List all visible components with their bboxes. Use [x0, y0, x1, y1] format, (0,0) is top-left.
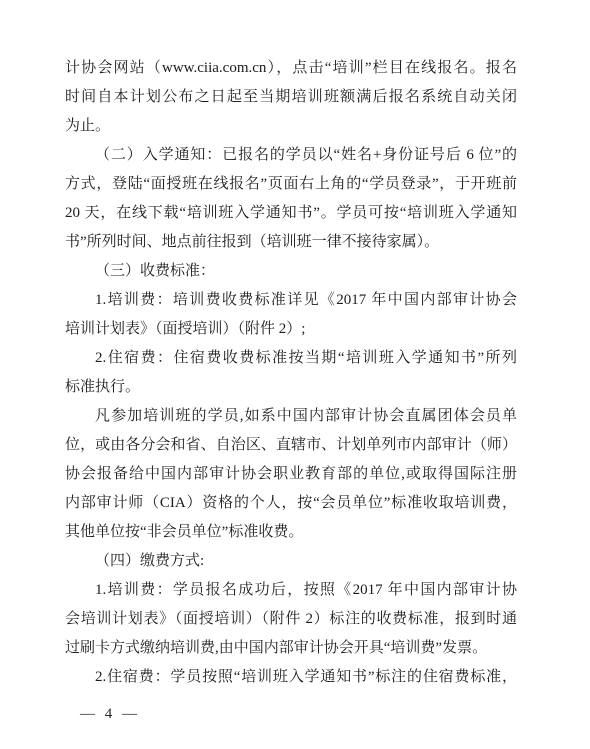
text-line: （三）收费标准： [65, 257, 517, 286]
text-line: 计协会网站（www.ciia.com.cn），点击“培训”栏目在线报名。报名 [65, 54, 517, 83]
text-line: 位，或由各分会和省、自治区、直辖市、计划单列市内部审计（师） [65, 431, 517, 460]
text-line: 其他单位按“非会员单位”标准收费。 [65, 518, 517, 547]
text-line: 凡参加培训班的学员,如系中国内部审计协会直属团体会员单 [65, 402, 517, 431]
text-line: 时间自本计划公布之日起至当期培训班额满后报名系统自动关闭 [65, 83, 517, 112]
text-line: 20 天，在线下载“培训班入学通知书”。学员可按“培训班入学通知 [65, 199, 517, 228]
paragraph: 计协会网站（www.ciia.com.cn），点击“培训”栏目在线报名。报名时间… [65, 54, 517, 141]
text-line: 协会报备给中国内部审计协会职业教育部的单位,或取得国际注册 [65, 460, 517, 489]
paragraph: 凡参加培训班的学员,如系中国内部审计协会直属团体会员单位，或由各分会和省、自治区… [65, 402, 517, 547]
paragraph: 1.培训费：学员报名成功后，按照《2017 年中国内部审计协会培训计划表》（面授… [65, 576, 517, 663]
text-line: 方式，登陆“面授班在线报名”页面右上角的“学员登录”，于开班前 [65, 170, 517, 199]
paragraph: （二）入学通知：已报名的学员以“姓名+身份证号后 6 位”的方式，登陆“面授班在… [65, 141, 517, 257]
text-line: （四）缴费方式: [65, 547, 517, 576]
document-page: 计协会网站（www.ciia.com.cn），点击“培训”栏目在线报名。报名时间… [0, 0, 590, 749]
paragraph: 1.培训费：培训费收费标准详见《2017 年中国内部审计协会培训计划表》（面授培… [65, 286, 517, 344]
text-line: 培训计划表》（面授培训）（附件 2）; [65, 315, 517, 344]
document-body: 计协会网站（www.ciia.com.cn），点击“培训”栏目在线报名。报名时间… [65, 54, 517, 692]
paragraph: （三）收费标准： [65, 257, 517, 286]
text-line: 2.住宿费：学员按照“培训班入学通知书”标注的住宿费标准， [65, 663, 517, 692]
text-line: 标准执行。 [65, 373, 517, 402]
text-line: 2.住宿费：住宿费收费标准按当期“培训班入学通知书”所列 [65, 344, 517, 373]
page-footer: — 4 — [80, 704, 140, 724]
text-line: 过刷卡方式缴纳培训费,由中国内部审计协会开具“培训费”发票。 [65, 634, 517, 663]
text-line: （二）入学通知：已报名的学员以“姓名+身份证号后 6 位”的 [65, 141, 517, 170]
paragraph: （四）缴费方式: [65, 547, 517, 576]
page-number: — 4 — [80, 706, 140, 722]
text-line: 为止。 [65, 112, 517, 141]
text-line: 内部审计师（CIA）资格的个人，按“会员单位”标准收取培训费， [65, 489, 517, 518]
text-line: 会培训计划表》（面授培训）（附件 2）标注的收费标准，报到时通 [65, 605, 517, 634]
paragraph: 2.住宿费：学员按照“培训班入学通知书”标注的住宿费标准， [65, 663, 517, 692]
paragraph: 2.住宿费：住宿费收费标准按当期“培训班入学通知书”所列标准执行。 [65, 344, 517, 402]
text-line: 书”所列时间、地点前往报到（培训班一律不接待家属）。 [65, 228, 517, 257]
text-line: 1.培训费：学员报名成功后，按照《2017 年中国内部审计协 [65, 576, 517, 605]
text-line: 1.培训费：培训费收费标准详见《2017 年中国内部审计协会 [65, 286, 517, 315]
